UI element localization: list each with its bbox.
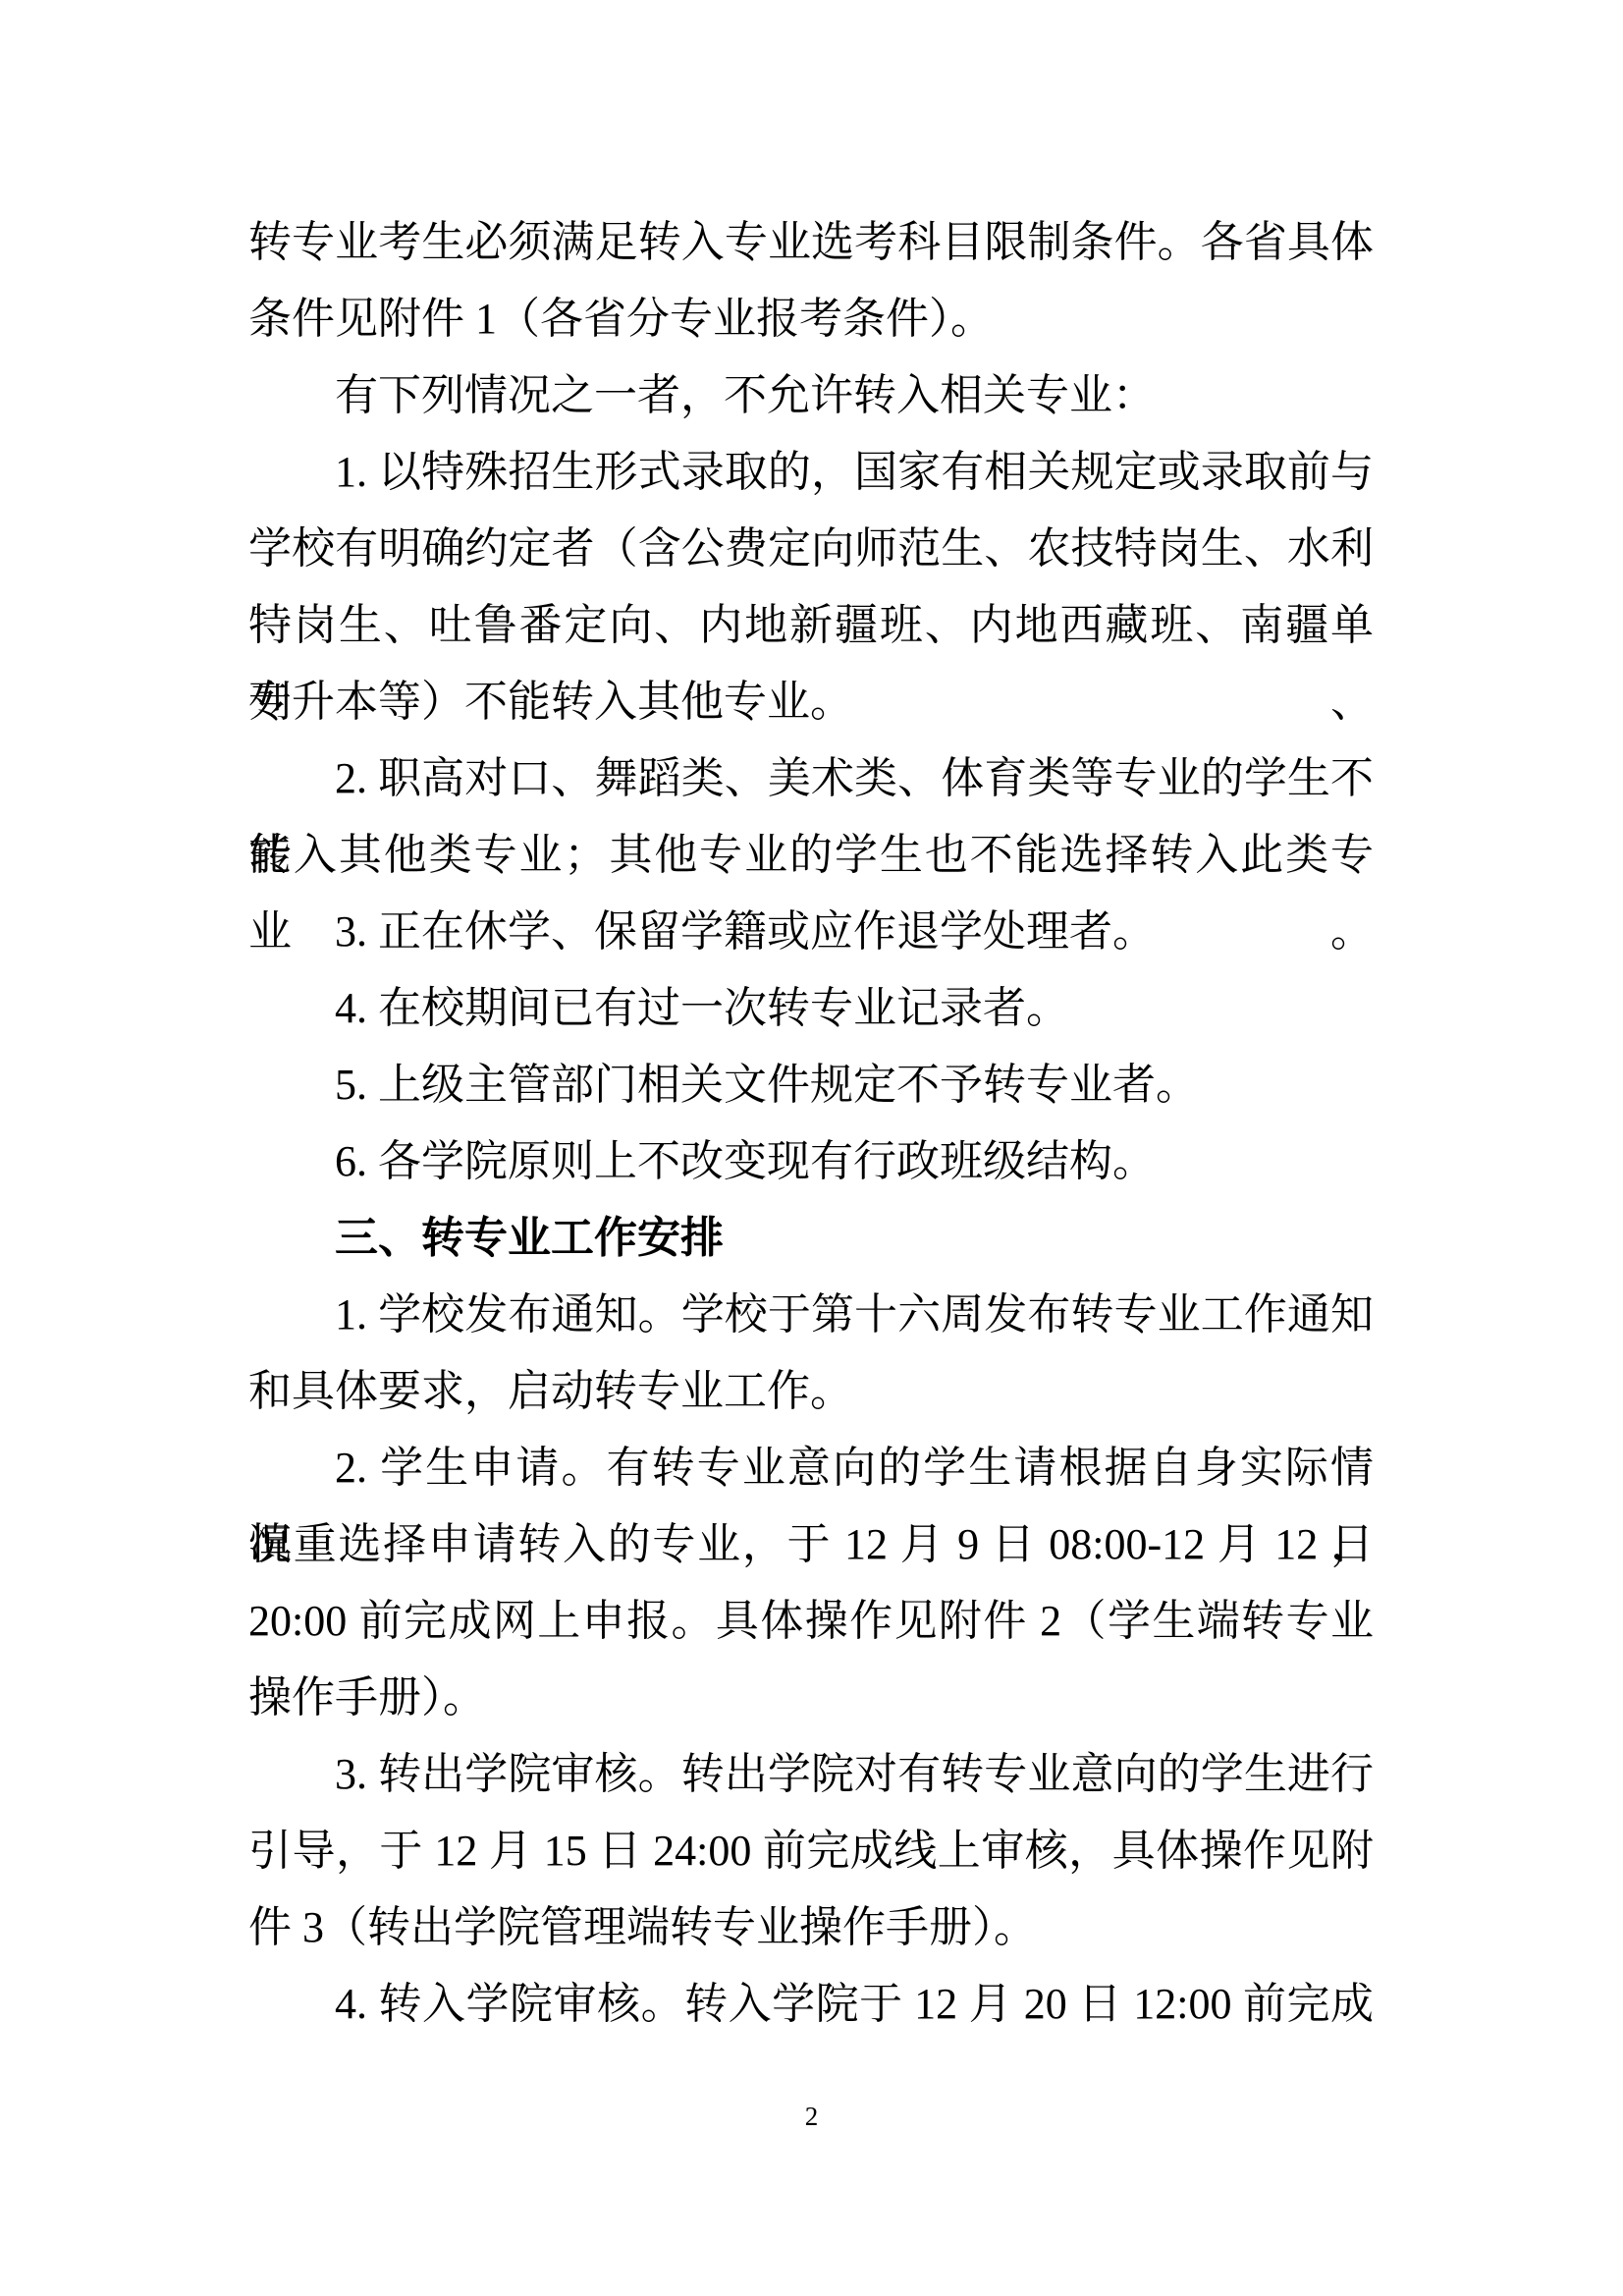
text-line: 3. 转出学院审核。转出学院对有转专业意向的学生进行 [248,1736,1374,1813]
text-line: 学校有明确约定者（含公费定向师范生、农技特岗生、水利 [248,511,1374,587]
text-line: 转专业考生必须满足转入专业选考科目限制条件。各省具体 [248,204,1374,281]
text-line: 1. 以特殊招生形式录取的，国家有相关规定或录取前与 [248,434,1374,511]
text-line: 2. 学生申请。有转专业意向的学生请根据自身实际情况， [248,1430,1374,1506]
text-line: 特岗生、吐鲁番定向、内地新疆班、内地西藏班、南疆单列、 [248,587,1374,664]
text-line: 慎重选择申请转入的专业，于 12 月 9 日 08:00-12 月 12 日 [248,1506,1374,1583]
section-heading: 三、转专业工作安排 [248,1200,1374,1277]
text-line: 和具体要求，启动转专业工作。 [248,1353,1374,1430]
text-line: 1. 学校发布通知。学校于第十六周发布转专业工作通知 [248,1277,1374,1353]
text-line: 2. 职高对口、舞蹈类、美术类、体育类等专业的学生不能 [248,740,1374,817]
text-line: 引导，于 12 月 15 日 24:00 前完成线上审核，具体操作见附 [248,1813,1374,1889]
text-line: 6. 各学院原则上不改变现有行政班级结构。 [248,1123,1374,1200]
document-body: 转专业考生必须满足转入专业选考科目限制条件。各省具体 条件见附件 1（各省分专业… [248,204,1374,2043]
document-page: 转专业考生必须满足转入专业选考科目限制条件。各省具体 条件见附件 1（各省分专业… [0,0,1623,2296]
text-line: 件 3（转出学院管理端转专业操作手册）。 [248,1889,1374,1966]
text-line: 条件见附件 1（各省分专业报考条件）。 [248,281,1374,357]
text-line: 20:00 前完成网上申报。具体操作见附件 2（学生端转专业 [248,1583,1374,1660]
text-line: 操作手册）。 [248,1660,1374,1736]
text-line: 4. 转入学院审核。转入学院于 12 月 20 日 12:00 前完成 [248,1966,1374,2043]
text-line: 有下列情况之一者，不允许转入相关专业： [248,357,1374,434]
text-line: 4. 在校期间已有过一次转专业记录者。 [248,970,1374,1047]
text-line: 5. 上级主管部门相关文件规定不予转专业者。 [248,1047,1374,1123]
page-number: 2 [0,2100,1623,2133]
text-line: 转入其他类专业；其他专业的学生也不能选择转入此类专业。 [248,817,1374,894]
